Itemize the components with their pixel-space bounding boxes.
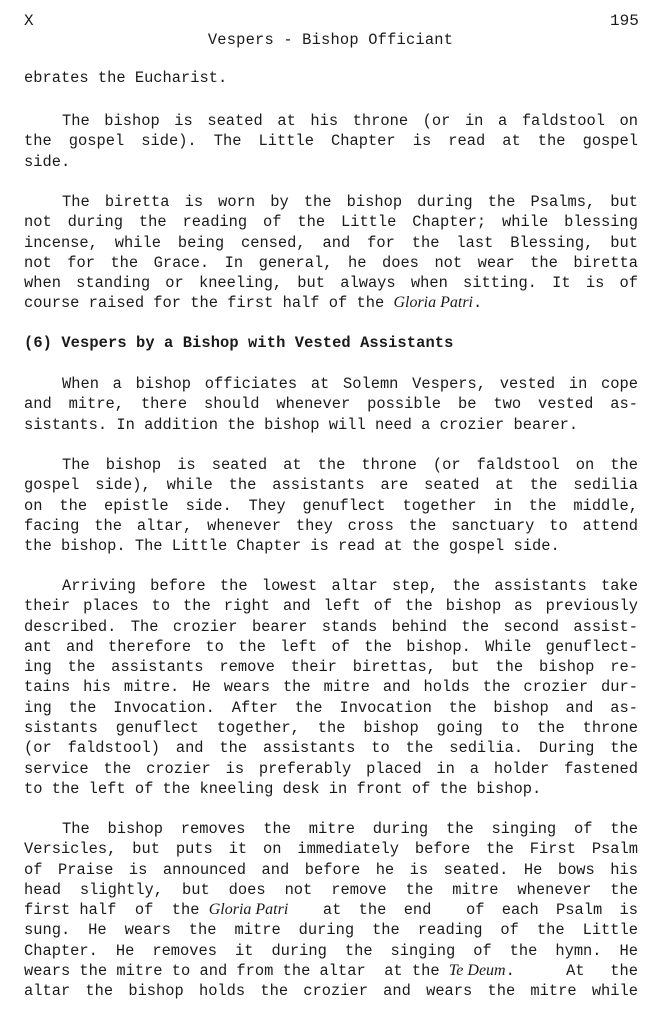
text-line: side. [24, 152, 638, 172]
text-segment: course raised for the first half of the [24, 294, 393, 312]
text-line: of Praise is announced and before he is … [24, 860, 638, 880]
chapter-marker: X [24, 12, 34, 30]
text-line: sistants genuflect together, the bishop … [24, 718, 638, 738]
text-line: their places to the right and left of th… [24, 596, 638, 616]
text-line: (or faldstool) and the assistants to the… [24, 738, 638, 758]
text-line: tains his mitre. He wears the mitre and … [24, 677, 638, 697]
text-line: The biretta is worn by the bishop during… [24, 192, 638, 212]
text-line: ing the Invocation. After the Invocation… [24, 698, 638, 718]
text-line: on the epistle side. They genuflect toge… [24, 496, 638, 516]
text-line: first half of the Gloria Patri at the en… [24, 900, 638, 920]
text-line: incense, while being censed, and for the… [24, 233, 638, 253]
italic-term: Gloria Patri [209, 900, 289, 920]
text-line: ing the assistants remove their birettas… [24, 657, 638, 677]
text-segment: wears the mitre to and from the altar at… [24, 961, 449, 981]
text-line: Versicles, but puts it on immediately be… [24, 839, 638, 859]
text-line: sung. He wears the mitre during the read… [24, 920, 638, 940]
text-line: head slightly, but does not remove the m… [24, 880, 638, 900]
page-number: 195 [610, 12, 639, 30]
text-line: altar the bishop holds the crozier and w… [24, 981, 638, 1001]
paragraph-arriving: Arriving before the lowest altar step, t… [24, 576, 638, 799]
text-line: The bishop is seated at his throne (or i… [24, 111, 638, 131]
text-line: When a bishop officiates at Solemn Vespe… [24, 374, 638, 394]
text-line: Chapter. He removes it during the singin… [24, 941, 638, 961]
paragraph-biretta: The biretta is worn by the bishop during… [24, 192, 638, 314]
text-line: wears the mitre to and from the altar at… [24, 961, 638, 981]
text-line: The bishop removes the mitre during the … [24, 819, 638, 839]
book-page: X 195 Vespers - Bishop Officiant ebrates… [0, 0, 661, 1025]
text-line: when standing or kneeling, but always wh… [24, 273, 638, 293]
text-line: the gospel side). The Little Chapter is … [24, 131, 638, 151]
text-segment: first half of the [24, 900, 209, 920]
paragraph-continuation: ebrates the Eucharist. [24, 68, 638, 88]
text-line: the bishop. The Little Chapter is read a… [24, 536, 638, 556]
text-line: not during the reading of the Little Cha… [24, 212, 638, 232]
italic-term: Te Deum [449, 961, 506, 981]
italic-term: Gloria Patri [393, 294, 473, 311]
paragraph-throne: The bishop is seated at his throne (or i… [24, 111, 638, 172]
paragraph-mitre: The bishop removes the mitre during the … [24, 819, 638, 1002]
text-line: not for the Grace. In general, he does n… [24, 253, 638, 273]
text-segment: . At the [506, 961, 638, 981]
text-line: facing the altar, whenever they cross th… [24, 516, 638, 536]
section-heading-text: (6) Vespers by a Bishop with Vested Assi… [24, 333, 638, 353]
text-line: ant and therefore to the left of the bis… [24, 637, 638, 657]
text-line: gospel side), while the assistants are s… [24, 475, 638, 495]
paragraph-seating: The bishop is seated at the throne (or f… [24, 455, 638, 556]
text-line: The bishop is seated at the throne (or f… [24, 455, 638, 475]
text-line: sistants. In addition the bishop will ne… [24, 415, 638, 435]
text-segment: at the end of each Psalm is [288, 900, 638, 920]
text-line: service the crozier is preferably placed… [24, 759, 638, 779]
text-line: and mitre, there should whenever possibl… [24, 394, 638, 414]
text-line: course raised for the first half of the … [24, 293, 638, 313]
text-line: Arriving before the lowest altar step, t… [24, 576, 638, 596]
text-line: described. The crozier bearer stands beh… [24, 617, 638, 637]
paragraph-vested-assistants: When a bishop officiates at Solemn Vespe… [24, 374, 638, 435]
punctuation: . [473, 294, 482, 312]
section-heading: (6) Vespers by a Bishop with Vested Assi… [24, 333, 638, 353]
text-line: to the left of the kneeling desk in fron… [24, 779, 638, 799]
text-line: ebrates the Eucharist. [24, 68, 638, 88]
running-title: Vespers - Bishop Officiant [0, 31, 661, 49]
